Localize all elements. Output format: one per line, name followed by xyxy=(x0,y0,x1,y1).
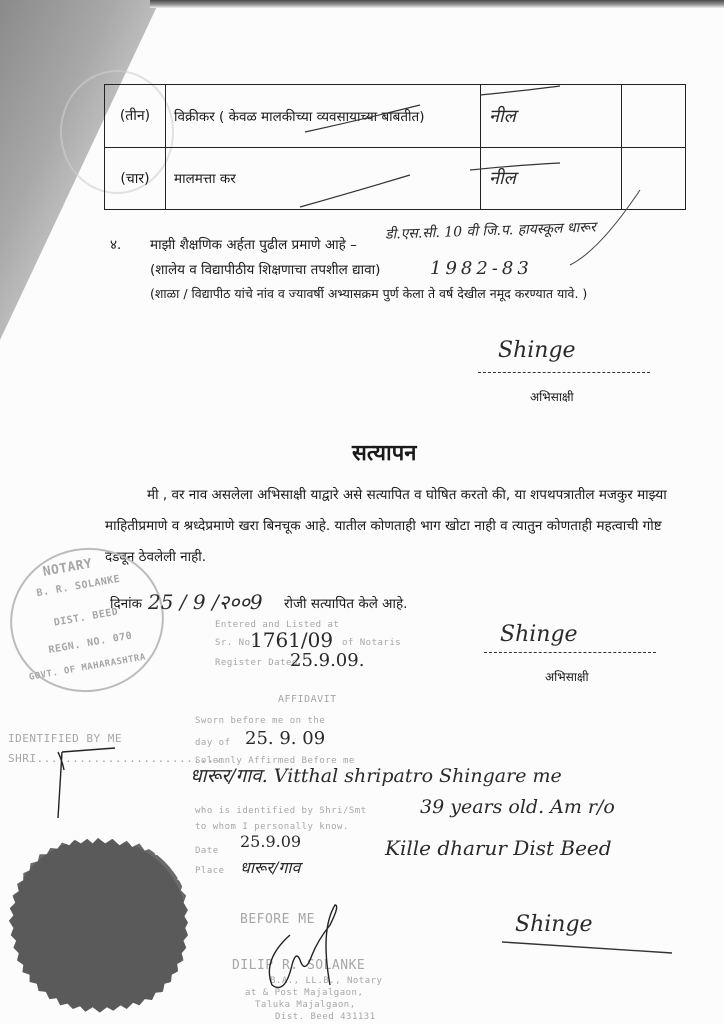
signature-3-line xyxy=(0,0,724,1024)
document-page: (तीन) विक्रीकर ( केवळ मालकीच्या व्यवसाया… xyxy=(0,0,724,1024)
